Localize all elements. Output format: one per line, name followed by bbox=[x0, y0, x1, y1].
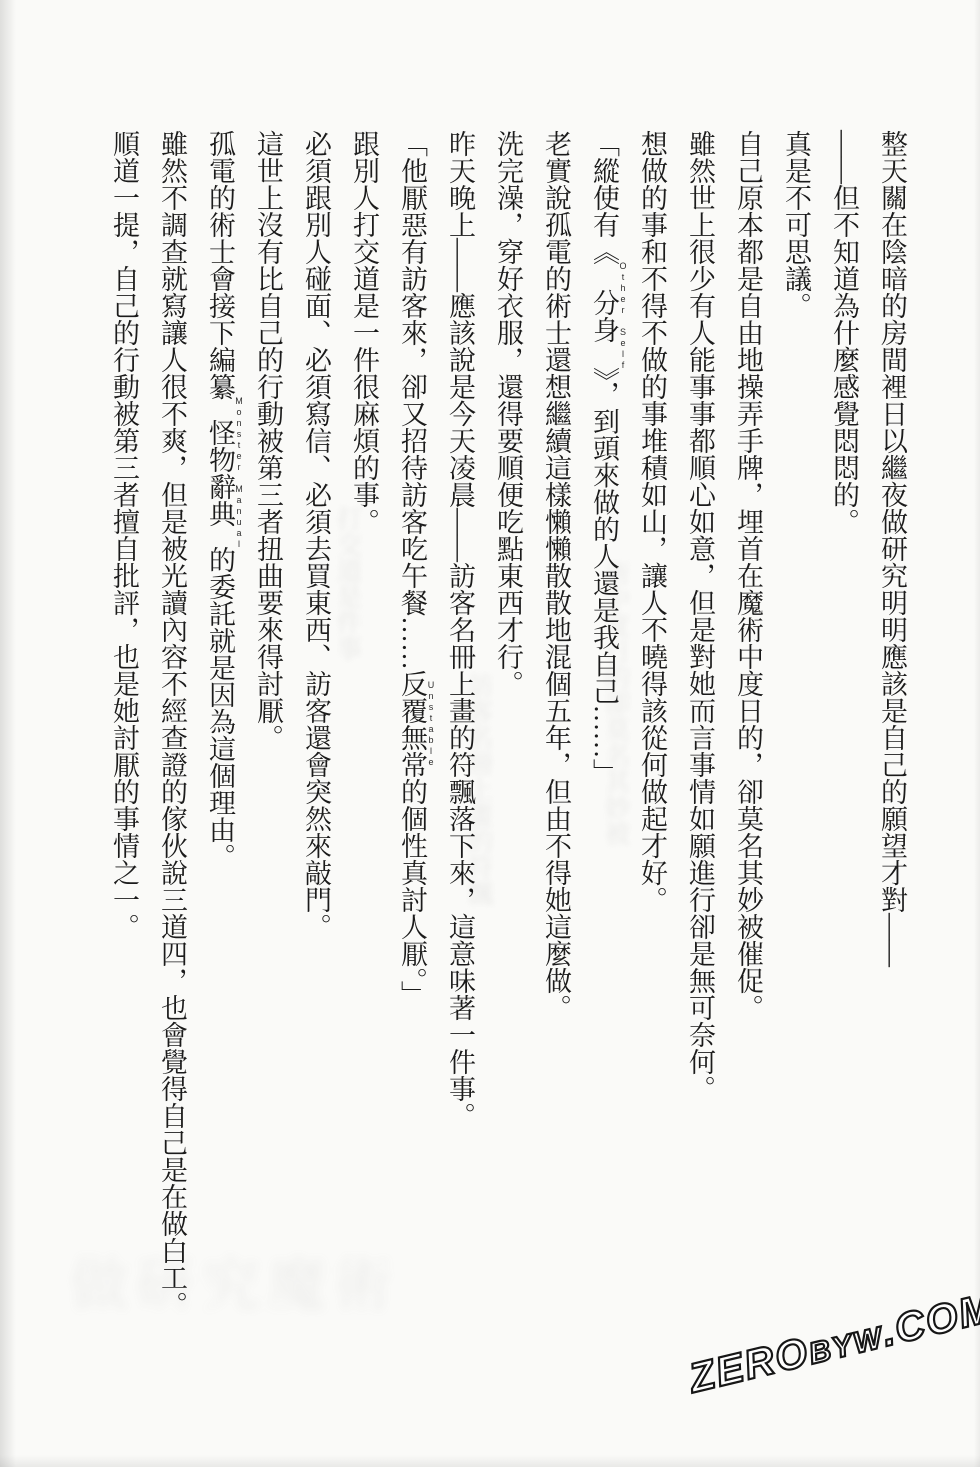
ruby-annotated-term: 反覆無常Unstable bbox=[397, 670, 427, 778]
scanned-page: 術中度日的卻莫名其妙被訪客名冊上畫的符飄打交道是件事做研究魔術 整天關在陰暗的房… bbox=[0, 0, 980, 1467]
paragraph-8: 老實說孤電的術士還想繼續這樣懶懶散散地混個五年，但由不得她這麼做。 bbox=[532, 130, 580, 1350]
page-edge-shadow-left bbox=[0, 0, 16, 1467]
paragraph-7: 「縱使有《分身Other Self》，到頭來做的人還是我自己……」 bbox=[580, 130, 628, 1350]
page-edge-shadow-bottom bbox=[0, 1455, 980, 1467]
paragraph-5: 雖然世上很少有人能事事都順心如意，但是對她而言事情如願進行卻是無可奈何。 bbox=[676, 130, 724, 1350]
paragraph-3: 真是不可思議。 bbox=[772, 130, 820, 1350]
paragraph-15: 孤電的術士會接下編纂怪物辭典Monster Manual的委託就是因為這個理由。 bbox=[196, 130, 244, 1350]
paragraph-1: 整天關在陰暗的房間裡日以繼夜做研究明明應該是自己的願望才對—— bbox=[868, 130, 916, 1350]
ruby-annotated-term: 怪物辭典Monster Manual bbox=[205, 400, 235, 546]
paragraph-16: 雖然不調查就寫讓人很不爽，但是被光讀內容不經查證的傢伙說三道四，也會覺得自己是在… bbox=[148, 130, 196, 1350]
page-edge-shadow-right bbox=[974, 0, 980, 1467]
ruby-gloss: Monster Manual bbox=[234, 396, 244, 550]
paragraph-2: ——但不知道為什麼感覺悶悶的。 bbox=[820, 130, 868, 1350]
ruby-annotated-term: 分身Other Self bbox=[589, 265, 619, 367]
paragraph-9: 洗完澡，穿好衣服，還得要順便吃點東西才行。 bbox=[484, 130, 532, 1350]
ruby-gloss: Other Self bbox=[618, 261, 628, 371]
watermark-byw: BYW bbox=[806, 1321, 888, 1371]
paragraph-11: 「他厭惡有訪客來，卻又招待訪客吃午餐……反覆無常Unstable的個性真討人厭。… bbox=[388, 130, 436, 1350]
paragraph-10: 昨天晚上——應該說是今天凌晨——訪客名冊上畫的符飄落下來，這意味著一件事。 bbox=[436, 130, 484, 1350]
paragraph-13: 必須跟別人碰面、必須寫信、必須去買東西、訪客還會突然來敲門。 bbox=[292, 130, 340, 1350]
paragraph-12: 跟別人打交道是一件很麻煩的事。 bbox=[340, 130, 388, 1350]
paragraph-17: 順道一提，自己的行動被第三者擅自批評，也是她討厭的事情之一。 bbox=[100, 130, 148, 1350]
paragraph-6: 想做的事和不得不做的事堆積如山，讓人不曉得該從何做起才好。 bbox=[628, 130, 676, 1350]
novel-text-block: 整天關在陰暗的房間裡日以繼夜做研究明明應該是自己的願望才對————但不知道為什麼… bbox=[100, 130, 916, 1350]
paragraph-4: 自己原本都是自由地操弄手牌，埋首在魔術中度日的，卻莫名其妙被催促。 bbox=[724, 130, 772, 1350]
paragraph-14: 這世上沒有比自己的行動被第三者扭曲要來得討厭。 bbox=[244, 130, 292, 1350]
ruby-gloss: Unstable bbox=[426, 670, 436, 778]
